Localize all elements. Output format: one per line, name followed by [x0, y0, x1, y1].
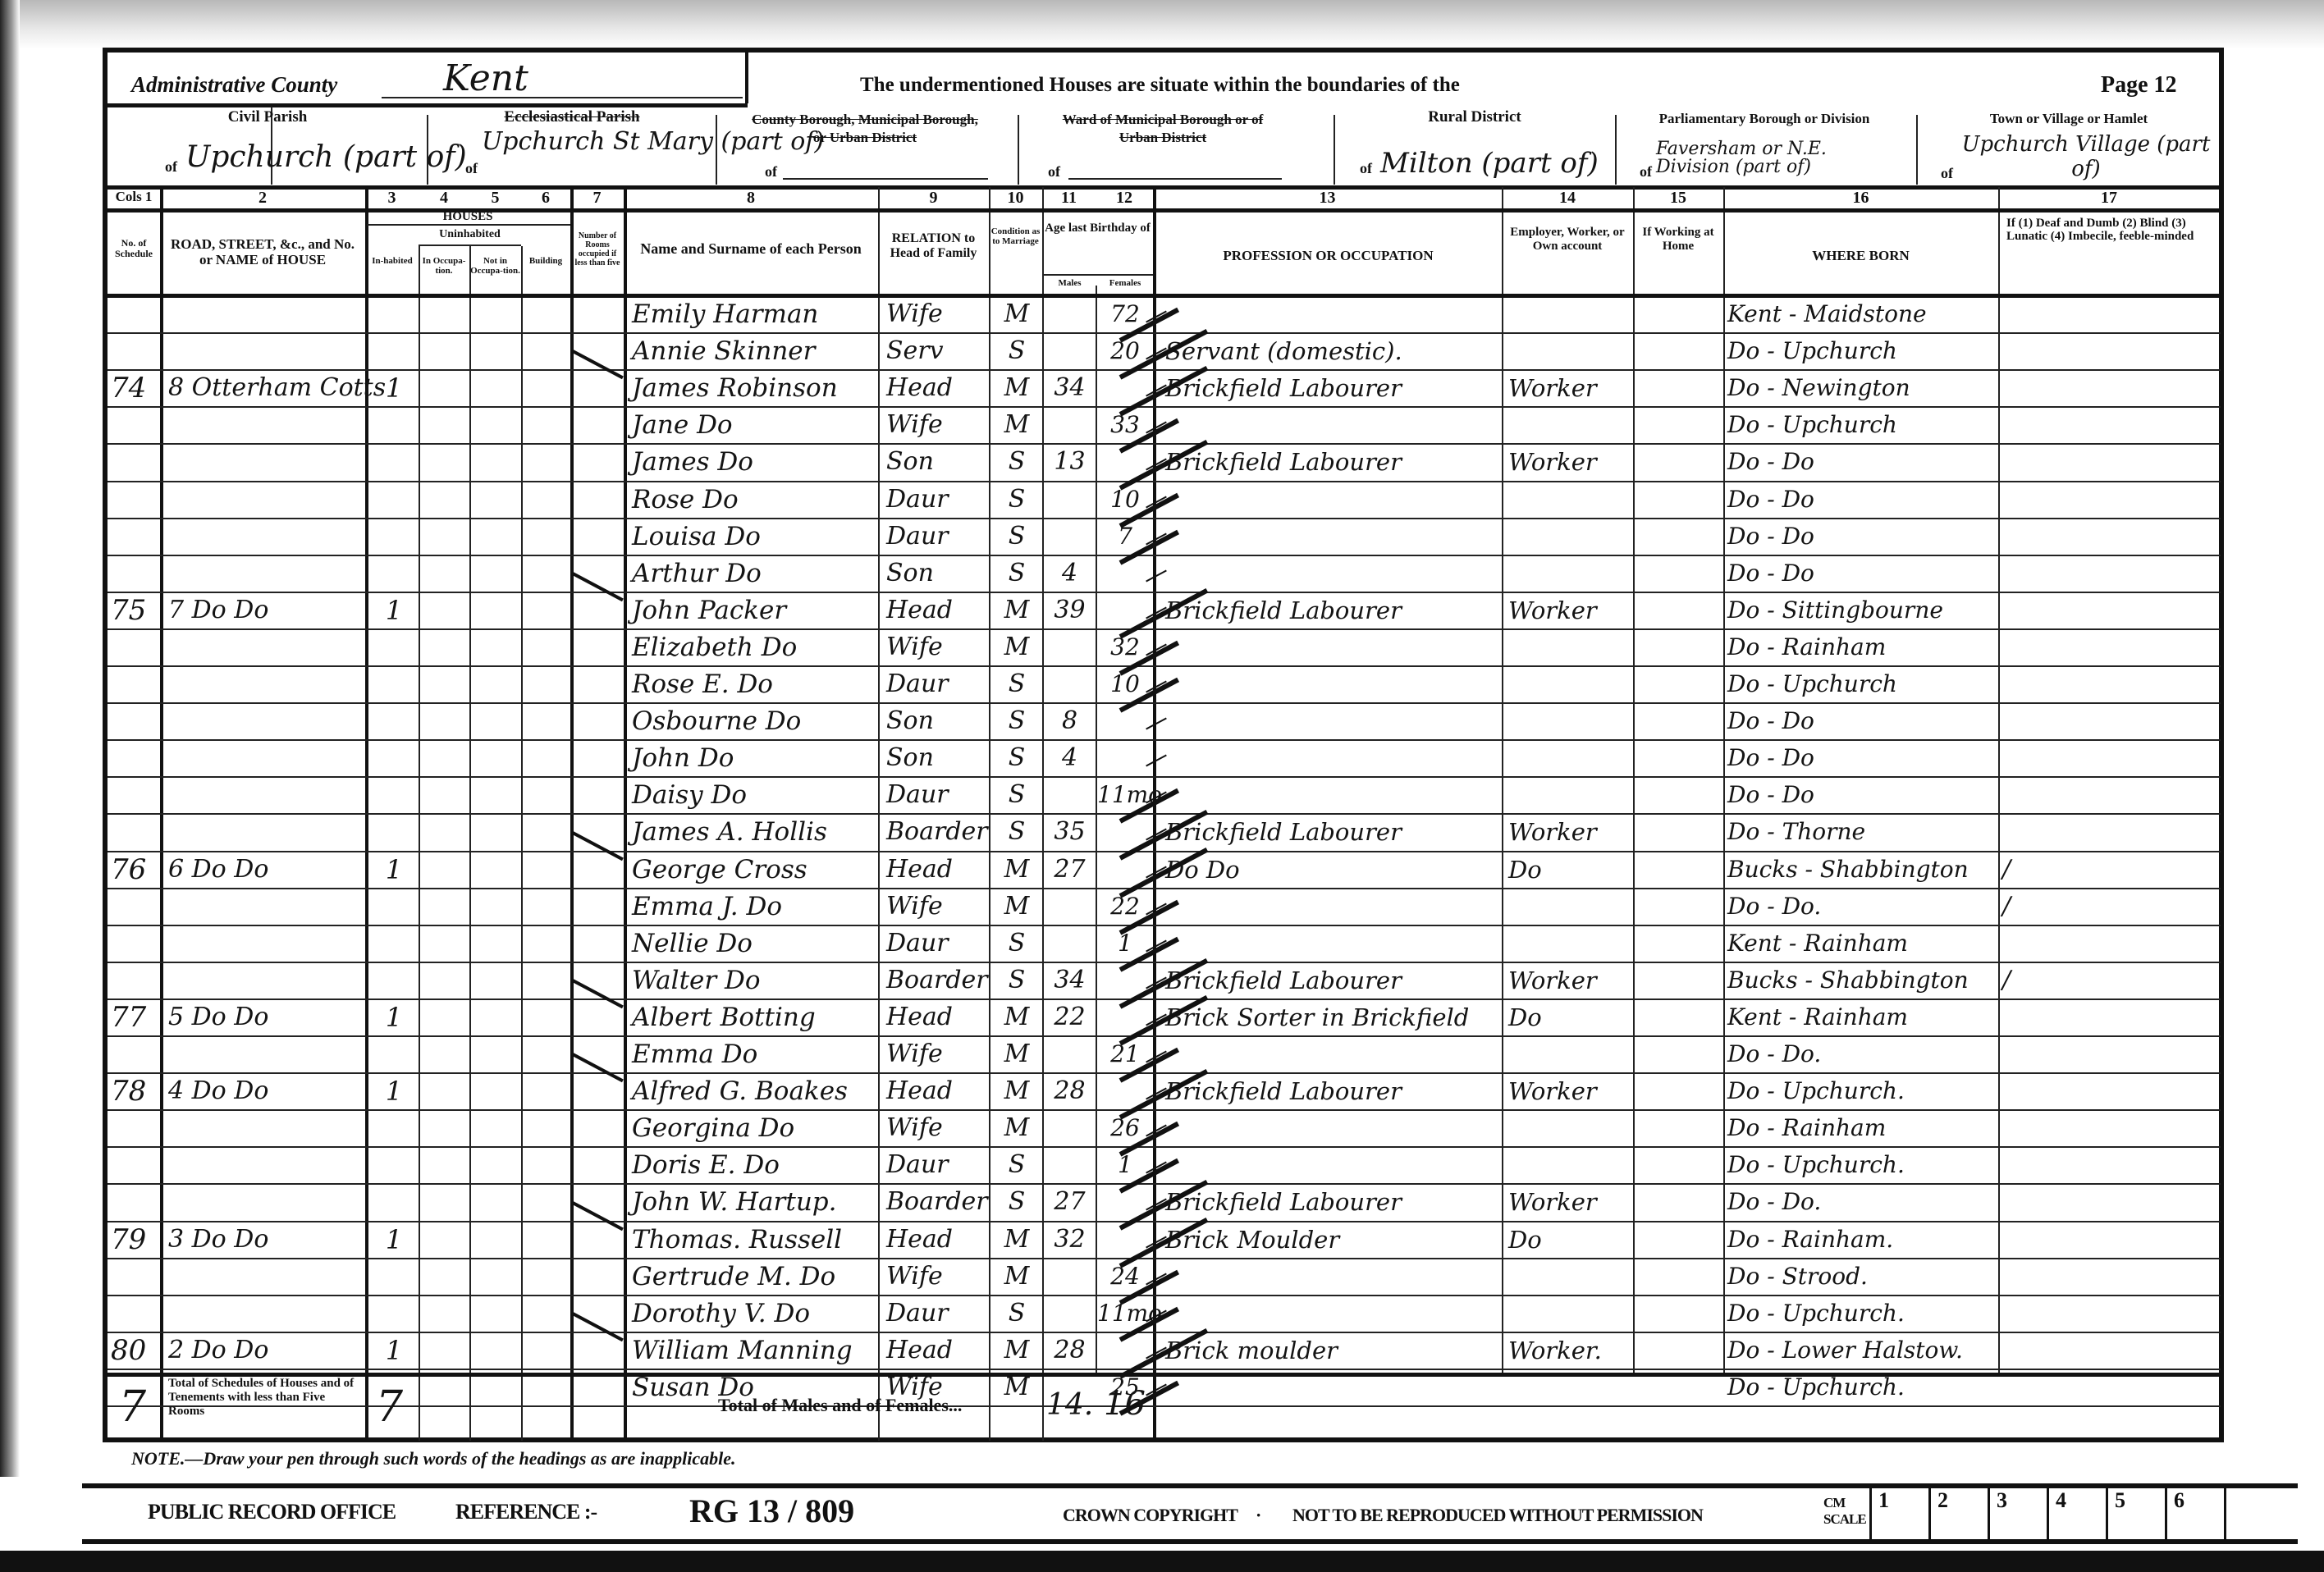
header-rural-district: Rural District of Milton (part of) — [1335, 111, 1614, 185]
cell-employer — [1508, 889, 1631, 924]
cell-female-age — [1097, 741, 1153, 775]
cell-male-age — [1044, 297, 1096, 331]
cell-relation: Boarder — [886, 815, 987, 849]
cell-employer — [1508, 1111, 1631, 1145]
total-males-females-label: Total of Males and of Females... — [718, 1395, 962, 1416]
cell-schedule: 78 — [111, 1074, 158, 1108]
header-schedule: No. of Schedule — [109, 238, 158, 259]
of-label: of — [1640, 163, 1652, 181]
cell-occupation — [1165, 778, 1502, 812]
col-number: 6 — [521, 189, 570, 208]
cell-occupation — [1165, 1296, 1502, 1331]
cell-employer — [1508, 1037, 1631, 1072]
cell-occupation: Servant (domestic). — [1165, 334, 1502, 368]
header-in-occupation: In Occupa-tion. — [419, 256, 469, 276]
col-number: 9 — [878, 189, 989, 208]
of-label: of — [1941, 165, 1953, 182]
scale-mark: 4 — [2047, 1488, 2104, 1539]
cell-male-age: 27 — [1044, 852, 1096, 887]
cell-occupation: Brickfield Labourer — [1165, 1185, 1502, 1219]
cell-where-born: Do - Do — [1727, 778, 2002, 812]
footer-separator: · — [1256, 1505, 1260, 1526]
cell-inhabited — [373, 408, 414, 442]
cell-infirm — [2002, 334, 2035, 368]
header-name: Name and Surname of each Person — [632, 240, 870, 258]
cell-inhabited — [373, 667, 414, 701]
cell-employer: Worker — [1508, 1074, 1631, 1108]
cell-name: William Manning — [632, 1333, 878, 1368]
cell-where-born: Bucks - Shabbington — [1727, 963, 2002, 998]
total-females: 16 — [1104, 1385, 1146, 1423]
cell-inhabited: 1 — [373, 1333, 414, 1368]
cell-name: George Cross — [632, 852, 878, 887]
cell-relation: Head — [886, 852, 987, 887]
cell-inhabited — [373, 1296, 414, 1331]
cell-name: John Do — [632, 741, 878, 775]
footer-rule-bottom — [82, 1539, 2298, 1544]
cell-inhabited — [373, 1148, 414, 1182]
cell-name: Rose E. Do — [632, 667, 878, 701]
cell-occupation — [1165, 297, 1502, 331]
cell-condition: S — [993, 482, 1041, 517]
cell-male-age — [1044, 667, 1096, 701]
cell-road: 4 Do Do — [168, 1074, 364, 1108]
cell-male-age: 8 — [1044, 704, 1096, 738]
cell-employer — [1508, 408, 1631, 442]
col-number: 10 — [989, 189, 1042, 208]
cell-where-born: Do - Rainham — [1727, 1111, 2002, 1145]
footer-strip: PUBLIC RECORD OFFICE REFERENCE :- RG 13 … — [82, 1469, 2324, 1551]
cell-employer — [1508, 334, 1631, 368]
cell-name: Osbourne Do — [632, 704, 878, 738]
header-parliamentary: Parliamentary Borough or Division of Fav… — [1617, 111, 1912, 185]
cell-name: James A. Hollis — [632, 815, 878, 849]
cell-schedule — [111, 630, 158, 665]
header-condition: Condition as to Marriage — [990, 226, 1041, 246]
col-number: 12 — [1096, 189, 1153, 208]
scale-mark: 5 — [2106, 1488, 2163, 1539]
header-not-in-occupation: Not in Occupa-tion. — [470, 256, 520, 276]
scale-mark: 2 — [1928, 1488, 1986, 1539]
cell-male-age: 32 — [1044, 1222, 1096, 1257]
cell-where-born: Do - Upchurch — [1727, 667, 2002, 701]
cell-where-born: Do - Upchurch — [1727, 334, 2002, 368]
cell-infirm — [2002, 556, 2035, 591]
cell-condition: M — [993, 1037, 1041, 1072]
cell-relation: Head — [886, 1333, 987, 1368]
cell-schedule — [111, 482, 158, 517]
col-number: 4 — [419, 189, 469, 208]
cell-condition: M — [993, 371, 1041, 405]
cell-inhabited — [373, 963, 414, 998]
header-employer: Employer, Worker, or Own account — [1503, 226, 1631, 254]
cell-schedule — [111, 556, 158, 591]
cell-where-born: Do - Do — [1727, 741, 2002, 775]
cell-inhabited — [373, 1037, 414, 1072]
total-houses: 7 — [376, 1382, 403, 1432]
cell-infirm — [2002, 1148, 2035, 1182]
cell-occupation: Brickfield Labourer — [1165, 593, 1502, 628]
cell-inhabited — [373, 482, 414, 517]
cell-employer — [1508, 667, 1631, 701]
header-town-village: Town or Village or Hamlet of Upchurch Vi… — [1918, 111, 2220, 185]
of-label: of — [1048, 163, 1060, 181]
cell-relation: Wife — [886, 889, 987, 924]
cell-name: Albert Botting — [632, 1000, 878, 1035]
header-males: Males — [1044, 276, 1096, 290]
cell-condition: S — [993, 1296, 1041, 1331]
col-number: 11 — [1042, 189, 1096, 208]
cell-employer: Do — [1508, 1000, 1631, 1035]
cell-employer — [1508, 482, 1631, 517]
cell-schedule — [111, 889, 158, 924]
cell-relation: Wife — [886, 408, 987, 442]
cell-occupation — [1165, 1037, 1502, 1072]
cell-male-age — [1044, 408, 1096, 442]
cell-inhabited — [373, 334, 414, 368]
cell-male-age: 35 — [1044, 815, 1096, 849]
header-uninhabited: Uninhabited — [419, 228, 521, 241]
cell-relation: Daur — [886, 519, 987, 554]
cell-schedule — [111, 1037, 158, 1072]
cell-employer — [1508, 556, 1631, 591]
cell-infirm: / — [2002, 963, 2035, 998]
cell-name: Dorothy V. Do — [632, 1296, 878, 1331]
cell-inhabited: 1 — [373, 1222, 414, 1257]
cell-schedule: 79 — [111, 1222, 158, 1257]
cell-male-age — [1044, 519, 1096, 554]
cell-employer — [1508, 704, 1631, 738]
cell-relation: Daur — [886, 926, 987, 961]
footer-scale-label: CM SCALE — [1823, 1495, 1864, 1528]
cell-schedule: 77 — [111, 1000, 158, 1035]
cell-relation: Son — [886, 704, 987, 738]
cell-male-age: 34 — [1044, 371, 1096, 405]
cell-occupation: Do Do — [1165, 852, 1502, 887]
cell-relation: Serv — [886, 334, 987, 368]
cell-condition: S — [993, 778, 1041, 812]
cell-road — [168, 445, 364, 479]
cell-female-age — [1097, 704, 1153, 738]
cell-employer: Worker — [1508, 371, 1631, 405]
rural-district-label: Rural District — [1335, 111, 1614, 124]
cell-occupation: Brick Sorter in Brickfield — [1165, 1000, 1502, 1035]
cell-employer — [1508, 926, 1631, 961]
civil-parish-value: Upchurch (part of) — [185, 140, 467, 174]
header-ecclesiastical-parish: Ecclesiastical Parish of Upchurch St Mar… — [428, 111, 716, 185]
cell-road: 7 Do Do — [168, 593, 364, 628]
cell-name: Gertrude M. Do — [632, 1259, 878, 1294]
cell-name: Annie Skinner — [632, 334, 878, 368]
header-building: Building — [522, 256, 570, 266]
cell-occupation — [1165, 1111, 1502, 1145]
cell-where-born: Do - Do — [1727, 445, 2002, 479]
cell-condition: S — [993, 926, 1041, 961]
page-label: Page 12 — [2101, 72, 2177, 98]
cell-name: John Packer — [632, 593, 878, 628]
cell-male-age — [1044, 1037, 1096, 1072]
cell-occupation: Brickfield Labourer — [1165, 445, 1502, 479]
cell-infirm — [2002, 1222, 2035, 1257]
cell-road — [168, 1296, 364, 1331]
cell-infirm — [2002, 704, 2035, 738]
cell-infirm — [2002, 1111, 2035, 1145]
cell-name: Rose Do — [632, 482, 878, 517]
footer-copyright: CROWN COPYRIGHT — [1063, 1505, 1237, 1526]
cell-where-born: Do - Thorne — [1727, 815, 2002, 849]
cell-inhabited — [373, 926, 414, 961]
cell-occupation — [1165, 482, 1502, 517]
divider — [108, 103, 748, 107]
cell-occupation — [1165, 556, 1502, 591]
cell-infirm — [2002, 1333, 2035, 1368]
cell-occupation — [1165, 630, 1502, 665]
cell-relation: Daur — [886, 778, 987, 812]
col-number: 15 — [1633, 189, 1723, 208]
scale-mark: 6 — [2165, 1488, 2222, 1539]
total-schedules: 7 — [119, 1382, 146, 1432]
col-divider — [1723, 187, 1725, 1373]
cell-where-born: Do - Upchurch. — [1727, 1296, 2002, 1331]
cell-relation: Head — [886, 1074, 987, 1108]
cell-schedule — [111, 815, 158, 849]
col-number: 17 — [1998, 189, 2220, 208]
cell-schedule — [111, 408, 158, 442]
cell-relation: Daur — [886, 1296, 987, 1331]
cell-inhabited — [373, 1111, 414, 1145]
cell-occupation — [1165, 889, 1502, 924]
cell-road: 2 Do Do — [168, 1333, 364, 1368]
cell-where-born: Do - Upchurch. — [1727, 1074, 2002, 1108]
cell-relation: Daur — [886, 482, 987, 517]
cell-male-age — [1044, 1296, 1096, 1331]
cell-name: Louisa Do — [632, 519, 878, 554]
cell-infirm — [2002, 1074, 2035, 1108]
cell-relation: Head — [886, 371, 987, 405]
cell-employer — [1508, 519, 1631, 554]
total-males: 14. — [1046, 1388, 1093, 1422]
cell-road — [168, 741, 364, 775]
boundaries-text: The undermentioned Houses are situate wi… — [860, 74, 1460, 97]
cell-occupation — [1165, 408, 1502, 442]
col-number: 2 — [160, 189, 365, 208]
col-number: 14 — [1502, 189, 1633, 208]
header-relation: RELATION to Head of Family — [880, 231, 987, 261]
cell-road — [168, 1111, 364, 1145]
cell-occupation — [1165, 519, 1502, 554]
cell-male-age — [1044, 1148, 1096, 1182]
cell-male-age: 4 — [1044, 741, 1096, 775]
scale-mark: 3 — [1988, 1488, 2045, 1539]
cell-male-age — [1044, 630, 1096, 665]
cell-employer — [1508, 297, 1631, 331]
cell-inhabited — [373, 519, 414, 554]
cell-name: Elizabeth Do — [632, 630, 878, 665]
cell-schedule — [111, 445, 158, 479]
cell-male-age: 34 — [1044, 963, 1096, 998]
cell-road — [168, 556, 364, 591]
cell-occupation: Brickfield Labourer — [1165, 371, 1502, 405]
cell-occupation — [1165, 1259, 1502, 1294]
parliamentary-label: Parliamentary Borough or Division — [1617, 111, 1912, 127]
cell-employer: Worker — [1508, 815, 1631, 849]
cell-infirm — [2002, 593, 2035, 628]
col-number: 5 — [469, 189, 521, 208]
cell-occupation: Brick moulder — [1165, 1333, 1502, 1368]
cell-relation: Head — [886, 593, 987, 628]
cell-occupation — [1165, 926, 1502, 961]
cell-road — [168, 963, 364, 998]
cell-relation: Boarder — [886, 1185, 987, 1219]
cell-condition: M — [993, 593, 1041, 628]
cell-male-age — [1044, 1111, 1096, 1145]
civil-parish-label: Civil Parish — [108, 111, 428, 124]
cell-relation: Head — [886, 1222, 987, 1257]
cell-schedule — [111, 667, 158, 701]
cell-where-born: Do - Rainham. — [1727, 1222, 2002, 1257]
header-age: Age last Birthday of — [1044, 222, 1151, 235]
cell-condition: M — [993, 889, 1041, 924]
footer-reference: RG 13 / 809 — [689, 1492, 854, 1530]
cell-road — [168, 519, 364, 554]
cell-inhabited: 1 — [373, 1074, 414, 1108]
cell-inhabited: 1 — [373, 593, 414, 628]
cell-name: Emma Do — [632, 1037, 878, 1072]
cell-male-age — [1044, 1259, 1096, 1294]
cell-name: Nellie Do — [632, 926, 878, 961]
cell-male-age — [1044, 926, 1096, 961]
admin-county-value: Kent — [443, 57, 528, 99]
header-county-borough: County Borough, Municipal Borough, or Ur… — [717, 111, 1013, 185]
scale-mark: 1 — [1869, 1488, 1927, 1539]
cell-infirm — [2002, 926, 2035, 961]
cell-infirm — [2002, 1037, 2035, 1072]
header-road: ROAD, STREET, &c., and No. or NAME of HO… — [164, 236, 361, 267]
cell-occupation — [1165, 741, 1502, 775]
cell-relation: Head — [886, 1000, 987, 1035]
cell-infirm — [2002, 1259, 2035, 1294]
cell-road — [168, 630, 364, 665]
cell-where-born: Do - Do — [1727, 556, 2002, 591]
cell-name: John W. Hartup. — [632, 1185, 878, 1219]
cell-road: 5 Do Do — [168, 1000, 364, 1035]
cell-where-born: Kent - Maidstone — [1727, 297, 2002, 331]
cell-inhabited: 1 — [373, 1000, 414, 1035]
cell-infirm — [2002, 445, 2035, 479]
cell-road — [168, 926, 364, 961]
cell-where-born: Do - Do. — [1727, 889, 2002, 924]
cell-condition: S — [993, 963, 1041, 998]
header-infirmity: If (1) Deaf and Dumb (2) Blind (3) Lunat… — [2006, 217, 2212, 243]
cell-where-born: Do - Do — [1727, 519, 2002, 554]
cell-male-age — [1044, 482, 1096, 517]
cell-inhabited — [373, 1185, 414, 1219]
cell-occupation: Brickfield Labourer — [1165, 963, 1502, 998]
cell-relation: Son — [886, 556, 987, 591]
rural-district-value: Milton (part of) — [1380, 147, 1599, 180]
cell-male-age: 4 — [1044, 556, 1096, 591]
cell-name: Alfred G. Boakes — [632, 1074, 878, 1108]
cell-relation: Daur — [886, 667, 987, 701]
admin-county-label: Administrative County — [131, 72, 337, 98]
cell-condition: S — [993, 334, 1041, 368]
cell-schedule — [111, 963, 158, 998]
header-inhabited: In-habited — [367, 256, 418, 266]
cell-condition: S — [993, 667, 1041, 701]
cell-road — [168, 704, 364, 738]
col-divider — [521, 246, 523, 1441]
of-label: of — [165, 158, 177, 176]
col-divider — [469, 246, 471, 1441]
cell-employer — [1508, 1259, 1631, 1294]
cell-road: 8 Otterham Cotts — [168, 371, 364, 405]
cell-where-born: Do - Lower Halstow. — [1727, 1333, 2002, 1368]
cell-inhabited — [373, 556, 414, 591]
cell-relation: Daur — [886, 1148, 987, 1182]
footer-office: PUBLIC RECORD OFFICE — [148, 1500, 396, 1524]
cell-condition: M — [993, 297, 1041, 331]
of-label: of — [765, 163, 777, 181]
cell-schedule — [111, 704, 158, 738]
cell-inhabited — [373, 815, 414, 849]
cell-condition: M — [993, 630, 1041, 665]
cell-schedule — [111, 1185, 158, 1219]
cell-employer — [1508, 1296, 1631, 1331]
cell-infirm — [2002, 1185, 2035, 1219]
cell-condition: S — [993, 445, 1041, 479]
cell-road — [168, 1037, 364, 1072]
cell-inhabited — [373, 630, 414, 665]
cell-infirm — [2002, 482, 2035, 517]
cell-occupation — [1165, 1148, 1502, 1182]
cell-name: Daisy Do — [632, 778, 878, 812]
cell-infirm — [2002, 630, 2035, 665]
cell-road: 6 Do Do — [168, 852, 364, 887]
cell-employer — [1508, 1148, 1631, 1182]
cell-relation: Son — [886, 445, 987, 479]
cell-where-born: Do - Do. — [1727, 1037, 2002, 1072]
cell-inhabited: 1 — [373, 371, 414, 405]
header-ward: Ward of Municipal Borough or of Urban Di… — [1019, 111, 1306, 185]
cell-employer: Worker — [1508, 1185, 1631, 1219]
cell-where-born: Do - Do. — [1727, 1185, 2002, 1219]
col-number: 7 — [570, 189, 624, 208]
cell-condition: M — [993, 1333, 1041, 1368]
cell-infirm — [2002, 1000, 2035, 1035]
cell-male-age — [1044, 334, 1096, 368]
cell-road — [168, 815, 364, 849]
header-females: Females — [1097, 276, 1153, 290]
cell-infirm — [2002, 815, 2035, 849]
cell-employer: Worker — [1508, 593, 1631, 628]
cell-infirm — [2002, 741, 2035, 775]
cell-inhabited — [373, 1259, 414, 1294]
cell-schedule — [111, 1111, 158, 1145]
cell-condition: S — [993, 741, 1041, 775]
cell-schedule — [111, 778, 158, 812]
cell-condition: M — [993, 1074, 1041, 1108]
header-where-born: WHERE BORN — [1725, 249, 1997, 263]
cell-road — [168, 408, 364, 442]
divider — [745, 53, 748, 103]
cell-relation: Son — [886, 741, 987, 775]
cell-male-age: 13 — [1044, 445, 1096, 479]
cell-where-born: Do - Upchurch — [1727, 408, 2002, 442]
cell-road — [168, 482, 364, 517]
scan-edge-top — [0, 0, 2324, 49]
cell-employer: Do — [1508, 852, 1631, 887]
cell-inhabited: 1 — [373, 852, 414, 887]
